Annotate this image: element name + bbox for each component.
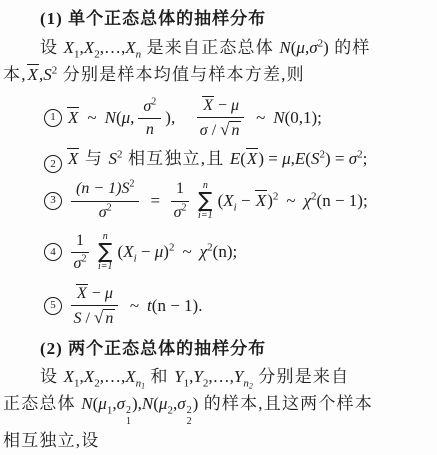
cjk-text: 的样本,且这两个样本: [198, 394, 373, 413]
radicand: n: [103, 309, 115, 327]
x-bar: X: [67, 148, 79, 168]
math-expr: (n − 1)S: [76, 180, 129, 197]
math-var: σ: [200, 122, 208, 139]
math-run: X~N(μ,: [67, 107, 134, 128]
sup-sub-stack: 22: [187, 405, 192, 427]
math-var: μ: [155, 242, 164, 261]
math-var: X: [223, 191, 233, 210]
fraction: 1σ2: [71, 231, 89, 274]
math-var: X: [125, 38, 135, 57]
punct: ,…,: [208, 367, 234, 386]
math-var: N: [279, 38, 290, 57]
formula-1: 1 X~N(μ, σ2n ), X − μσ / √n ~N(0,1);: [44, 95, 433, 141]
superscript: 2: [187, 405, 192, 416]
section2-intro-line3: 相互独立,设: [3, 427, 433, 454]
fraction-denominator: S / √n: [74, 306, 116, 328]
fraction: σ2n: [138, 97, 161, 140]
radical-sign: √: [94, 308, 103, 327]
minus-sign: −: [88, 285, 105, 302]
superscript: 2: [129, 179, 134, 190]
fraction-denominator: σ2: [99, 202, 112, 222]
math-var: X: [84, 38, 94, 57]
math-var: μ: [231, 97, 239, 114]
circled-number-4: 4: [44, 243, 62, 261]
formula-5: 5 X − μS / √n ~t(n − 1).: [44, 283, 433, 329]
minus-sign: −: [214, 97, 231, 114]
minus-sign: −: [237, 191, 255, 210]
cjk-text: 是来自正态总体: [141, 38, 279, 57]
math-var: Y: [193, 367, 202, 386]
document-page: (1) 单个正态总体的抽样分布 设 X1,X2,…,Xn 是来自正态总体 N(μ…: [0, 0, 437, 455]
fraction-denominator: σ / √n: [200, 118, 242, 140]
section2-heading: (2) 两个正态总体的抽样分布: [40, 337, 433, 361]
x-bar: X: [255, 190, 267, 210]
sup-sub-stack: 21: [126, 405, 131, 427]
minus-sign: −: [137, 242, 155, 261]
cjk-text: 正态总体: [3, 394, 81, 413]
formula-4: 4 1σ2 n∑i=1 (Xi − μ)2~χ2(n);: [44, 231, 433, 274]
sigma-symbol: ∑: [98, 242, 112, 262]
summation: n∑i=1: [198, 181, 213, 221]
math-var: E: [230, 149, 240, 168]
math-run: (Xi − X)2~χ2(n − 1);: [218, 190, 368, 211]
math-var: N: [81, 394, 92, 413]
fraction-numerator: σ2: [138, 97, 161, 119]
section2-intro-line1: 设 X1,X2,…,Xn1 和 Y1,Y2,…,Yn2 分别是来自: [40, 363, 433, 390]
math-var: X: [64, 38, 74, 57]
fraction-numerator: (n − 1)S2: [71, 179, 139, 201]
x-bar: X: [76, 284, 88, 303]
superscript: 2: [181, 202, 186, 213]
subscript: 2: [187, 416, 192, 427]
superscript: 2: [107, 202, 112, 213]
math-var: μ: [296, 38, 305, 57]
fraction-numerator: 1: [171, 179, 189, 201]
x-bar: X: [67, 107, 79, 127]
tilde-operator: ~: [256, 108, 265, 127]
x-bar: X: [246, 148, 258, 168]
math-run: (Xi − μ)2~χ2(n);: [118, 242, 238, 262]
fraction-denominator: σ2: [174, 202, 187, 222]
tilde-operator: ~: [286, 191, 295, 210]
formula-3: 3 (n − 1)S2σ2 = 1σ2 n∑i=1 (Xi − X)2~χ2(n…: [44, 179, 433, 222]
circled-number-5: 5: [44, 297, 62, 315]
punct: ;: [363, 149, 368, 168]
punct: (n);: [213, 242, 238, 261]
sum-lower-limit: i=1: [98, 262, 113, 272]
superscript: 2: [273, 191, 279, 203]
punct: (n − 1).: [152, 296, 203, 315]
fraction-denominator: σ2: [74, 253, 87, 273]
chi-symbol: χ: [304, 191, 311, 210]
math-var: μ: [98, 394, 107, 413]
fraction-denominator: n: [146, 119, 154, 139]
cjk-text: 本,: [3, 65, 27, 84]
math-var: N: [142, 394, 153, 413]
divide-sign: /: [82, 310, 94, 327]
math-run: ~N(0,1);: [248, 108, 322, 128]
circled-number-1: 1: [44, 109, 62, 127]
section1-heading: (1) 单个正态总体的抽样分布: [40, 7, 433, 31]
math-var: X: [84, 367, 94, 386]
cjk-text: 与: [79, 149, 108, 168]
superscript: 2: [151, 96, 156, 107]
fraction-numerator: X − μ: [197, 95, 244, 118]
math-var: Y: [234, 367, 243, 386]
section1-intro-line1: 设 X1,X2,…,Xn 是来自正态总体 N(μ,σ2) 的样: [40, 34, 433, 61]
math-var: σ: [349, 149, 357, 168]
math-var: σ: [117, 394, 125, 413]
circled-number-2: 2: [44, 155, 62, 173]
superscript: 2: [169, 242, 175, 254]
cjk-text: 的样: [329, 38, 371, 57]
fraction: (n − 1)S2σ2: [71, 179, 139, 222]
x-bar: X: [202, 96, 214, 115]
math-var: X: [123, 242, 133, 261]
math-var: σ: [177, 394, 185, 413]
sum-lower-limit: i=1: [198, 211, 213, 221]
equals-sign: =: [150, 191, 160, 211]
sigma-symbol: ∑: [198, 191, 212, 211]
math-var: S: [109, 149, 118, 168]
math-var: σ: [99, 204, 107, 221]
cjk-text: 相互独立,设: [3, 431, 99, 450]
tilde-operator: ~: [182, 242, 191, 261]
punct: ,: [130, 108, 134, 127]
tilde-operator: ~: [87, 108, 96, 127]
formula-2: 2X 与 S2 相互独立,且 E(X) = μ,E(S2) = σ2;: [44, 145, 433, 174]
fraction-numerator: 1: [71, 231, 89, 253]
math-run: ),: [165, 108, 175, 128]
section2-intro-line2: 正态总体 N(μ1,σ21),N(μ2,σ22) 的样本,且这两个样本: [3, 390, 433, 427]
math-var: Y: [174, 367, 183, 386]
superscript: 2: [81, 254, 86, 265]
superscript: 2: [126, 405, 131, 416]
fraction: 1σ2: [171, 179, 189, 222]
math-var: S: [43, 65, 52, 84]
math-var: N: [105, 108, 116, 127]
circled-number-3: 3: [44, 192, 62, 210]
subscript: 1: [126, 416, 131, 427]
cjk-text: 设: [40, 38, 64, 57]
math-var: μ: [282, 149, 291, 168]
equals-sign: =: [331, 149, 349, 168]
cjk-text: 设: [40, 367, 64, 386]
fraction: X − μS / √n: [71, 283, 118, 329]
math-var: X: [125, 367, 135, 386]
math-var: μ: [122, 108, 131, 127]
cjk-text: 相互独立,且: [123, 149, 230, 168]
fraction-numerator: X − μ: [71, 283, 118, 306]
radicand: n: [229, 121, 241, 139]
section1-intro-line2: 本,X,S2 分别是样本均值与样本方差,则: [3, 61, 433, 88]
cjk-text: 和: [145, 367, 174, 386]
x-bar: X: [27, 64, 39, 84]
punct: ,: [171, 108, 175, 127]
divide-sign: /: [208, 122, 220, 139]
math-var: μ: [105, 285, 113, 302]
math-var: E: [295, 149, 305, 168]
equals-sign: =: [264, 149, 282, 168]
tilde-operator: ~: [130, 296, 139, 315]
cjk-text: 分别是来自: [253, 367, 349, 386]
math-var: X: [64, 367, 74, 386]
math-var: N: [273, 108, 284, 127]
punct: ,…,: [100, 38, 126, 57]
math-run: ~t(n − 1).: [122, 296, 203, 316]
punct: (0,1);: [285, 108, 322, 127]
fraction: X − μσ / √n: [197, 95, 244, 141]
math-var: S: [74, 310, 82, 327]
punct: ,…,: [100, 367, 126, 386]
math-var: σ: [309, 38, 317, 57]
punct: (n − 1);: [317, 191, 368, 210]
cjk-text: 分别是样本均值与样本方差,则: [57, 65, 305, 84]
summation: n∑i=1: [98, 232, 113, 272]
